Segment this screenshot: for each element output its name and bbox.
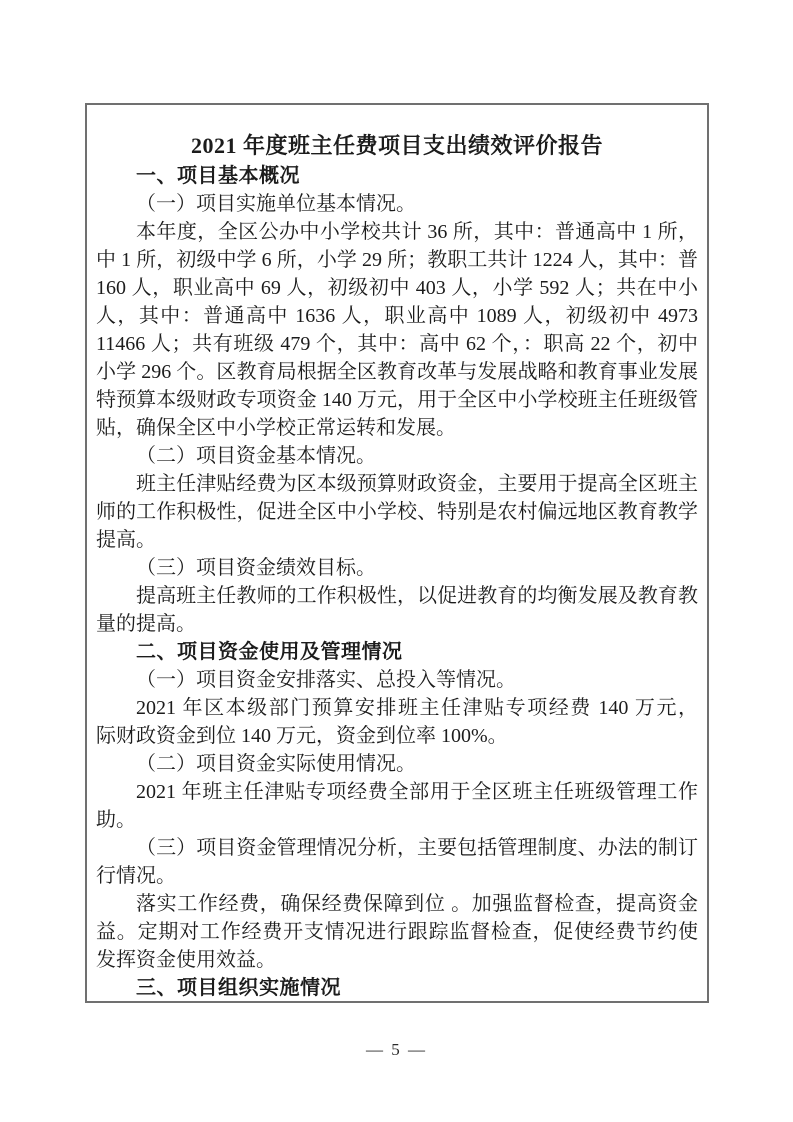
body-line: （二）项目资金实际使用情况。 (96, 750, 698, 778)
body-line: 本年度，全区公办中小学校共计 36 所，其中：普通高中 1 所，职业高 (96, 218, 698, 246)
body-line: 160 人，职业高中 69 人，初级初中 403 人，小学 592 人；共在中小… (96, 274, 698, 302)
body-line: 际财政资金到位 140 万元，资金到位率 100%。 (96, 722, 698, 750)
document-border: 2021 年度班主任费项目支出绩效评价报告 一、项目基本概况（一）项目实施单位基… (85, 103, 709, 1003)
page-number: — 5 — (0, 1040, 793, 1060)
body-line: 行情况。 (96, 862, 698, 890)
body-line: 落实工作经费，确保经费保障到位 。加强监督检查，提高资金使用效 (96, 890, 698, 918)
body-line: 助。 (96, 806, 698, 834)
body-line: 小学 296 个。区教育局根据全区教育改革与发展战略和教育事业发展规划， (96, 358, 698, 386)
body-line: 11466 人；共有班级 479 个，其中：高中 62 个，：职高 22 个，初… (96, 330, 698, 358)
section-heading: 三、项目组织实施情况 (96, 974, 698, 1002)
document-title: 2021 年度班主任费项目支出绩效评价报告 (96, 131, 698, 162)
body-line: 贴，确保全区中小学校正常运转和发展。 (96, 414, 698, 442)
body-line: 人，其中：普通高中 1636 人，职业高中 1089 人，初级初中 4973 人… (96, 302, 698, 330)
body-line: 特预算本级财政专项资金 140 万元，用于全区中小学校班主任班级管理津 (96, 386, 698, 414)
document-content: 2021 年度班主任费项目支出绩效评价报告 一、项目基本概况（一）项目实施单位基… (87, 105, 707, 1002)
body-line: 师的工作积极性，促进全区中小学校、特别是农村偏远地区教育教学质量的 (96, 498, 698, 526)
body-line: 益。定期对工作经费开支情况进行跟踪监督检查，促使经费节约使用，充分 (96, 918, 698, 946)
body-line: 班主任津贴经费为区本级预算财政资金，主要用于提高全区班主任教 (96, 470, 698, 498)
body-line: 中 1 所，初级中学 6 所，小学 29 所；教职工共计 1224 人，其中：普… (96, 246, 698, 274)
body-line: （一）项目实施单位基本情况。 (96, 190, 698, 218)
body-line: 2021 年班主任津贴专项经费全部用于全区班主任班级管理工作津贴补 (96, 778, 698, 806)
document-body: 一、项目基本概况（一）项目实施单位基本情况。本年度，全区公办中小学校共计 36 … (96, 162, 698, 1002)
body-line: （三）项目资金管理情况分析，主要包括管理制度、办法的制订及执 (96, 834, 698, 862)
body-line: 提高。 (96, 526, 698, 554)
section-heading: 一、项目基本概况 (96, 162, 698, 190)
section-heading: 二、项目资金使用及管理情况 (96, 638, 698, 666)
body-line: （一）项目资金安排落实、总投入等情况。 (96, 666, 698, 694)
body-line: 发挥资金使用效益。 (96, 946, 698, 974)
body-line: 量的提高。 (96, 610, 698, 638)
body-line: 提高班主任教师的工作积极性，以促进教育的均衡发展及教育教学质 (96, 582, 698, 610)
body-line: 2021 年区本级部门预算安排班主任津贴专项经费 140 万元，2021 年实 (96, 694, 698, 722)
body-line: （三）项目资金绩效目标。 (96, 554, 698, 582)
body-line: （二）项目资金基本情况。 (96, 442, 698, 470)
